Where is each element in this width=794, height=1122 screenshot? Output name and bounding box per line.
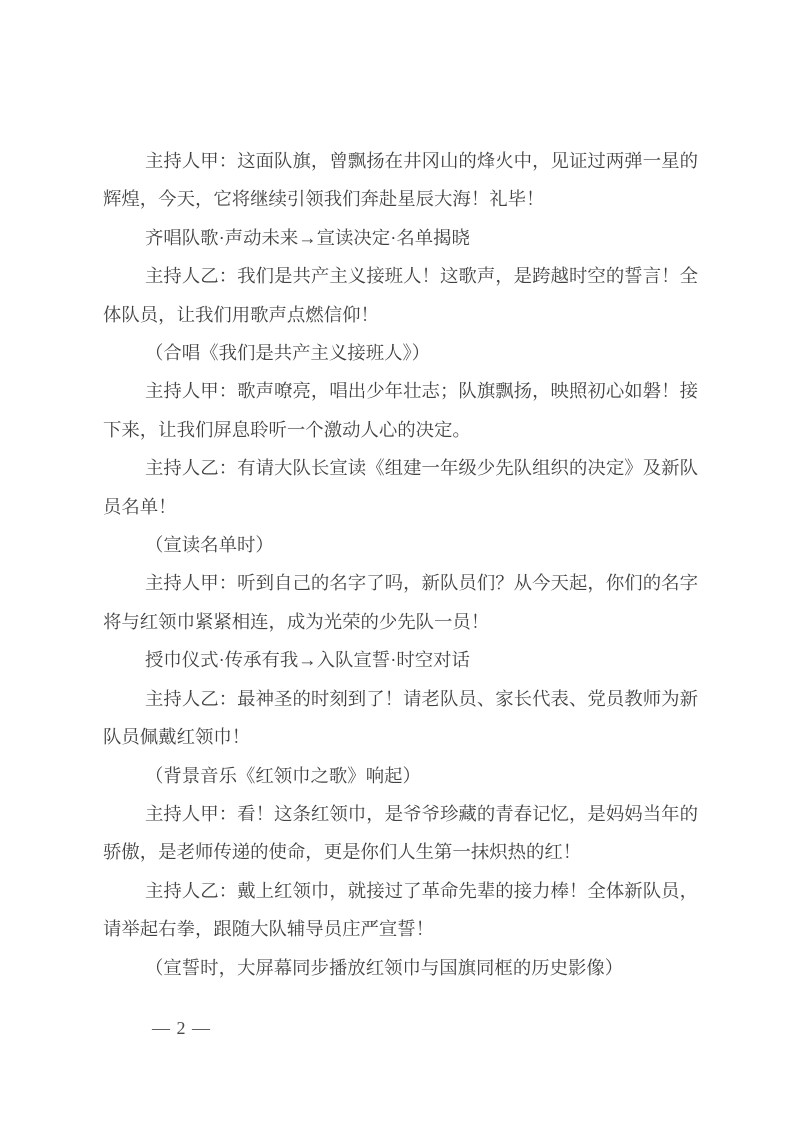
dialog-paragraph: 主持人甲：看！这条红领巾，是爷爷珍藏的青春记忆，是妈妈当年的骄傲，是老师传递的使…: [103, 795, 698, 872]
dialog-paragraph: 主持人乙：有请大队长宣读《组建一年级少先队组织的决定》及新队员名单！: [103, 449, 698, 526]
stage-direction: （宣誓时，大屏幕同步播放红领巾与国旗同框的历史影像）: [103, 949, 698, 987]
agenda-transition: 齐唱队歌·声动未来→宣读决定·名单揭晓: [103, 219, 698, 257]
dialog-paragraph: 主持人乙：戴上红领巾，就接过了革命先辈的接力棒！全体新队员，请举起右拳，跟随大队…: [103, 872, 698, 949]
dialog-paragraph: 主持人乙：我们是共产主义接班人！这歌声，是跨越时空的誓言！全体队员，让我们用歌声…: [103, 257, 698, 334]
stage-direction: （合唱《我们是共产主义接班人》）: [103, 334, 698, 372]
page-number: — 2 —: [152, 1014, 211, 1042]
dialog-paragraph: 主持人乙：最神圣的时刻到了！请老队员、家长代表、党员教师为新队员佩戴红领巾！: [103, 680, 698, 757]
dialog-paragraph: 主持人甲：歌声嘹亮，唱出少年壮志；队旗飘扬，映照初心如磐！接下来，让我们屏息聆听…: [103, 372, 698, 449]
stage-direction: （背景音乐《红领巾之歌》响起）: [103, 757, 698, 795]
dialog-paragraph: 主持人甲：这面队旗，曾飘扬在井冈山的烽火中，见证过两弹一星的辉煌，今天，它将继续…: [103, 142, 698, 219]
agenda-transition: 授巾仪式·传承有我→入队宣誓·时空对话: [103, 641, 698, 679]
document-page: 主持人甲：这面队旗，曾飘扬在井冈山的烽火中，见证过两弹一星的辉煌，今天，它将继续…: [0, 0, 794, 1122]
document-body: 主持人甲：这面队旗，曾飘扬在井冈山的烽火中，见证过两弹一星的辉煌，今天，它将继续…: [103, 142, 698, 987]
dialog-paragraph: 主持人甲：听到自己的名字了吗，新队员们？从今天起，你们的名字将与红领巾紧紧相连，…: [103, 564, 698, 641]
stage-direction: （宣读名单时）: [103, 526, 698, 564]
